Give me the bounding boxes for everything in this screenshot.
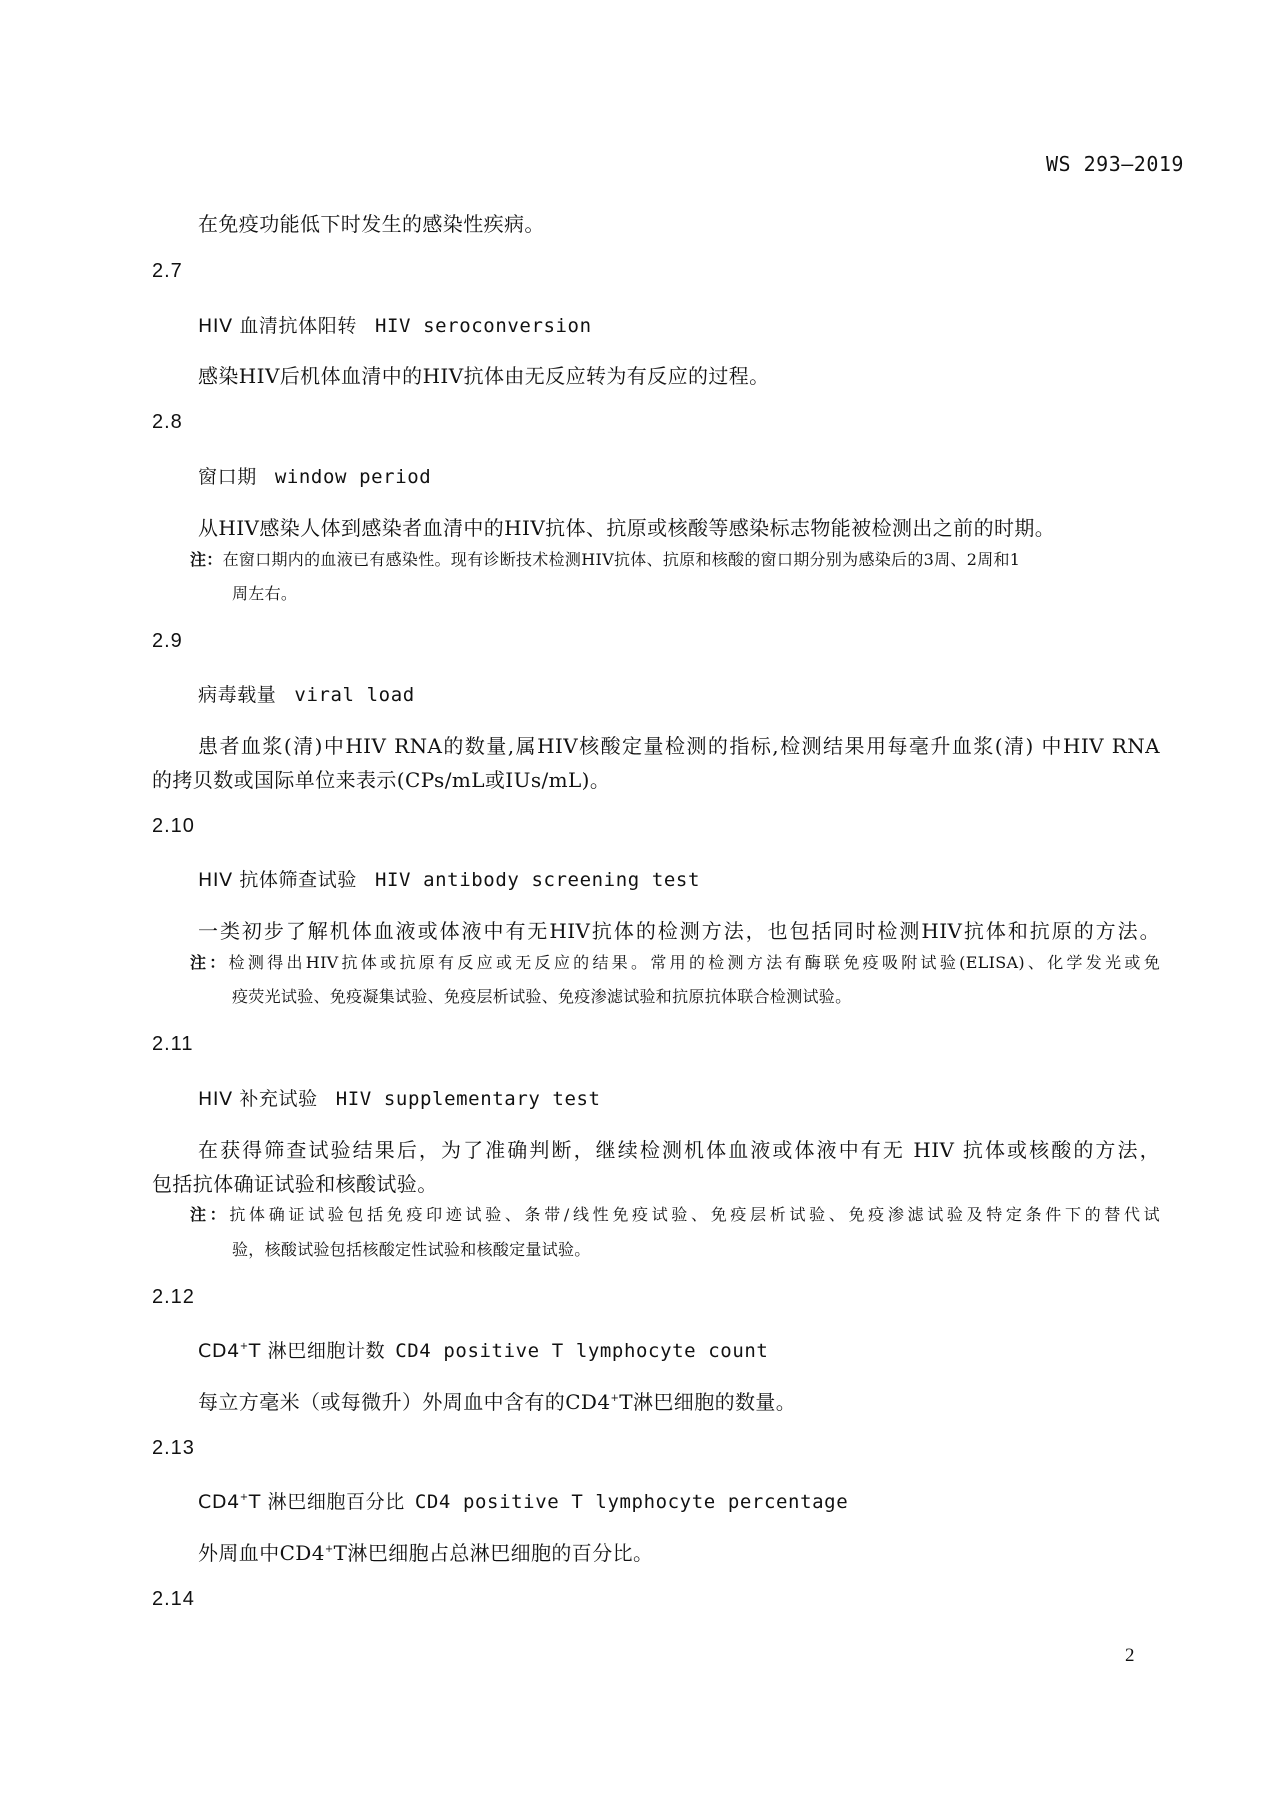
note: 注：抗体确证试验包括免疫印迹试验、条带/线性免疫试验、免疫层析试验、免疫渗滤试验…: [190, 1202, 1160, 1225]
definition-continuation: 包括抗体确证试验和核酸试验。: [152, 1168, 438, 1197]
superscript-plus: +: [240, 1492, 249, 1503]
definition-text: 患者血浆(清)中HIV RNA的数量,属HIV核酸定量检测的指标,检测结果用每毫…: [198, 730, 1160, 759]
definition-pre: 外周血中CD4: [198, 1541, 325, 1565]
term-heading: CD4+T 淋巴细胞百分比CD4 positive T lymphocyte p…: [198, 1487, 848, 1514]
definition-text: 从HIV感染人体到感染者血清中的HIV抗体、抗原或核酸等感染标志物能被检测出之前…: [198, 512, 1055, 541]
term-zh-pre: CD4: [198, 1491, 240, 1513]
note-label: 注：: [190, 550, 223, 569]
section-number: 2.8: [152, 411, 183, 434]
term-heading: CD4+T 淋巴细胞计数CD4 positive T lymphocyte co…: [198, 1336, 768, 1363]
term-heading: HIV 抗体筛查试验HIV antibody screening test: [198, 865, 700, 892]
note-text: 在窗口期内的血液已有感染性。现有诊断技术检测HIV抗体、抗原和核酸的窗口期分别为…: [223, 550, 1021, 569]
note-continuation: 疫荧光试验、免疫凝集试验、免疫层析试验、免疫渗滤试验和抗原抗体联合检测试验。: [232, 984, 851, 1007]
term-zh-pre: CD4: [198, 1340, 240, 1362]
term-en: HIV supplementary test: [336, 1088, 601, 1110]
note: 注：在窗口期内的血液已有感染性。现有诊断技术检测HIV抗体、抗原和核酸的窗口期分…: [190, 547, 1020, 570]
definition-text: 每立方毫米（或每微升）外周血中含有的CD4+T淋巴细胞的数量。: [198, 1386, 796, 1415]
definition-text: 一类初步了解机体血液或体液中有无HIV抗体的检测方法，也包括同时检测HIV抗体和…: [198, 915, 1160, 944]
term-en: HIV antibody screening test: [375, 869, 700, 891]
note-text: 抗体确证试验包括免疫印迹试验、条带/线性免疫试验、免疫层析试验、免疫渗滤试验及特…: [229, 1205, 1160, 1224]
section-number: 2.10: [152, 815, 195, 838]
definition-pre: 每立方毫米（或每微升）外周血中含有的CD4: [198, 1390, 610, 1414]
note: 注：检测得出HIV抗体或抗原有反应或无反应的结果。常用的检测方法有酶联免疫吸附试…: [190, 950, 1160, 973]
definition-continuation: 的拷贝数或国际单位来表示(CPs/mL或IUs/mL)。: [152, 764, 610, 793]
definition-text: 外周血中CD4+T淋巴细胞占总淋巴细胞的百分比。: [198, 1537, 653, 1566]
superscript-plus: +: [240, 1341, 249, 1352]
note-label: 注：: [190, 953, 229, 972]
note-label: 注：: [190, 1205, 229, 1224]
document-page: WS 293—2019 在免疫功能低下时发生的感染性疾病。 2.7 HIV 血清…: [0, 0, 1280, 1809]
term-zh: HIV 补充试验: [198, 1088, 318, 1110]
term-heading: HIV 补充试验HIV supplementary test: [198, 1084, 601, 1111]
definition-text: 在获得筛查试验结果后，为了准确判断，继续检测机体血液或体液中有无 HIV 抗体或…: [198, 1134, 1160, 1163]
definition-post: T淋巴细胞占总淋巴细胞的百分比。: [334, 1541, 654, 1565]
section-number: 2.11: [152, 1033, 193, 1056]
note-text: 检测得出HIV抗体或抗原有反应或无反应的结果。常用的检测方法有酶联免疫吸附试验(…: [229, 953, 1160, 972]
section-number: 2.14: [152, 1588, 195, 1611]
note-continuation: 验，核酸试验包括核酸定性试验和核酸定量试验。: [232, 1237, 591, 1260]
term-heading: 病毒载量viral load: [198, 680, 415, 707]
term-en: viral load: [294, 684, 414, 706]
definition-post: T淋巴细胞的数量。: [619, 1390, 796, 1414]
term-zh-post: T 淋巴细胞百分比: [249, 1491, 405, 1513]
term-en: CD4 positive T lymphocyte percentage: [415, 1491, 848, 1513]
term-zh: 窗口期: [198, 466, 257, 488]
term-en: HIV seroconversion: [375, 315, 592, 337]
continuation-text: 在免疫功能低下时发生的感染性疾病。: [198, 208, 545, 237]
section-number: 2.9: [152, 630, 183, 653]
note-continuation: 周左右。: [232, 581, 297, 604]
section-number: 2.13: [152, 1437, 195, 1460]
superscript-plus: +: [610, 1393, 619, 1404]
section-number: 2.12: [152, 1286, 195, 1309]
section-number: 2.7: [152, 260, 183, 283]
term-en: CD4 positive T lymphocyte count: [395, 1340, 768, 1362]
term-zh: HIV 血清抗体阳转: [198, 315, 357, 337]
standard-code: WS 293—2019: [1046, 152, 1184, 176]
page-number: 2: [1125, 1645, 1135, 1667]
definition-text: 感染HIV后机体血清中的HIV抗体由无反应转为有反应的过程。: [198, 360, 770, 389]
term-zh-post: T 淋巴细胞计数: [249, 1340, 385, 1362]
term-zh: 病毒载量: [198, 684, 276, 706]
term-heading: 窗口期window period: [198, 462, 431, 489]
superscript-plus: +: [325, 1544, 334, 1555]
term-zh: HIV 抗体筛查试验: [198, 869, 357, 891]
term-heading: HIV 血清抗体阳转HIV seroconversion: [198, 311, 592, 338]
term-en: window period: [275, 466, 432, 488]
